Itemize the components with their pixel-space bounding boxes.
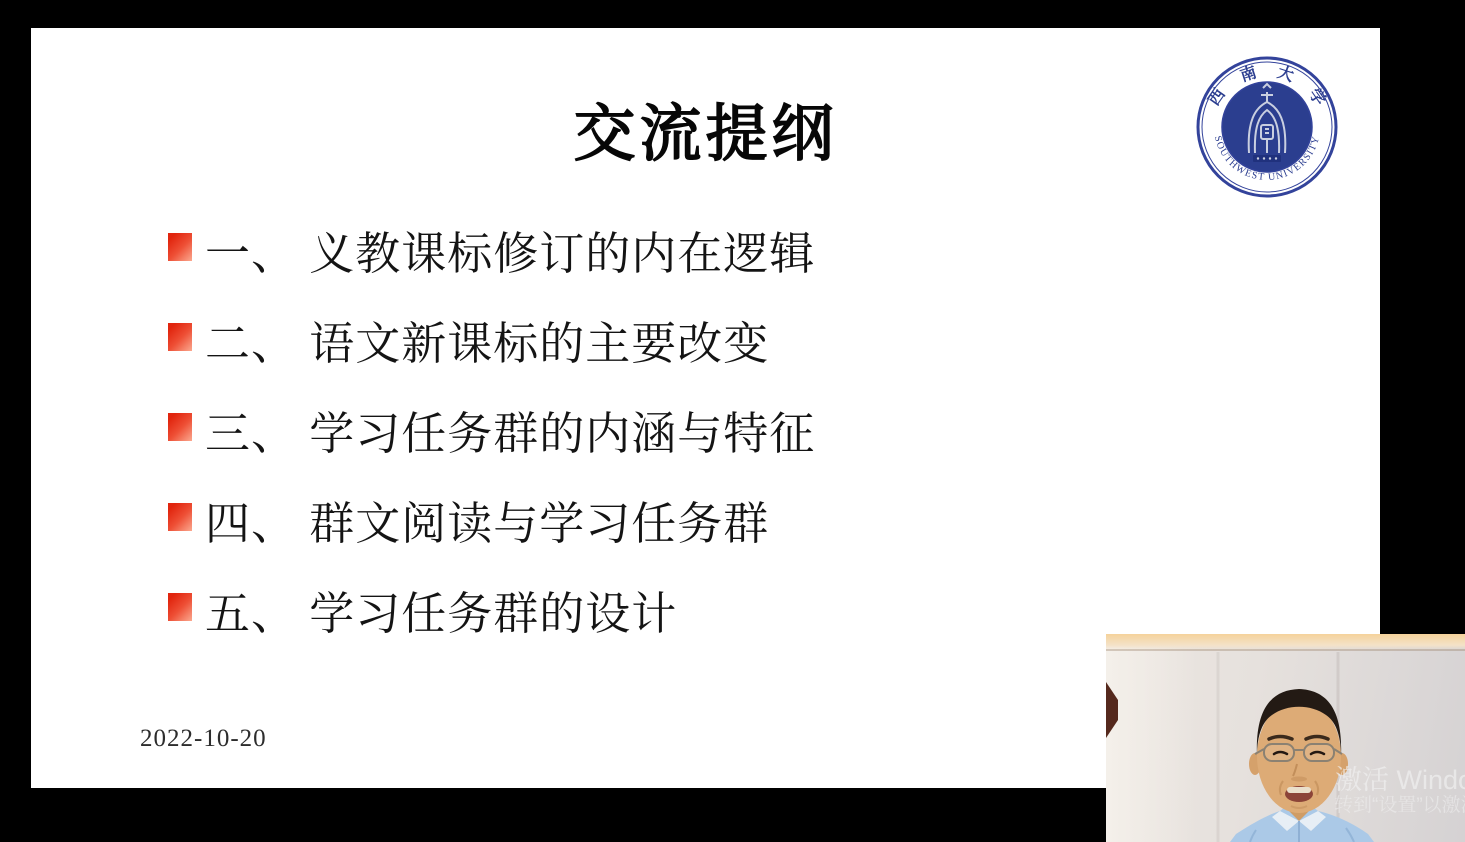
- outline-item-label: 四、 群文阅读与学习任务群: [205, 487, 769, 552]
- outline-item-label: 二、 语文新课标的主要改变: [205, 307, 769, 372]
- meeting-screen: { "slide": { "title": "交流提纲", "outline":…: [0, 0, 1465, 842]
- door-frame-edge: [1106, 682, 1118, 738]
- outline-item-2: 二、 语文新课标的主要改变: [168, 294, 815, 384]
- red-square-bullet-icon: [168, 233, 192, 261]
- university-logo: 西 南 大 学 SOUTHWEST UNIVERSITY: [1195, 55, 1339, 199]
- red-square-bullet-icon: [168, 503, 192, 531]
- slide-title: 交流提纲: [31, 84, 1380, 173]
- presenter-webcam-tile[interactable]: 激活 Windo 转到“设置”以激活: [1106, 634, 1465, 842]
- university-seal-graphic: 西 南 大 学 SOUTHWEST UNIVERSITY: [1195, 55, 1339, 199]
- windows-activation-watermark-hint: 转到“设置”以激活: [1334, 790, 1465, 817]
- slide-date: 2022-10-20: [140, 725, 267, 753]
- outline-item-3: 三、 学习任务群的内涵与特征: [168, 384, 815, 474]
- outline-list: 一、 义教课标修订的内在逻辑 二、 语文新课标的主要改变 三、 学习任务群的内涵…: [168, 204, 815, 654]
- outline-item-1: 一、 义教课标修订的内在逻辑: [168, 204, 815, 294]
- outline-item-label: 一、 义教课标修订的内在逻辑: [205, 217, 815, 282]
- outline-item-label: 三、 学习任务群的内涵与特征: [205, 397, 815, 462]
- outline-item-5: 五、 学习任务群的设计: [168, 564, 815, 654]
- red-square-bullet-icon: [168, 413, 192, 441]
- outline-item-label: 五、 学习任务群的设计: [205, 577, 677, 642]
- outline-item-4: 四、 群文阅读与学习任务群: [168, 474, 815, 564]
- red-square-bullet-icon: [168, 323, 192, 351]
- red-square-bullet-icon: [168, 593, 192, 621]
